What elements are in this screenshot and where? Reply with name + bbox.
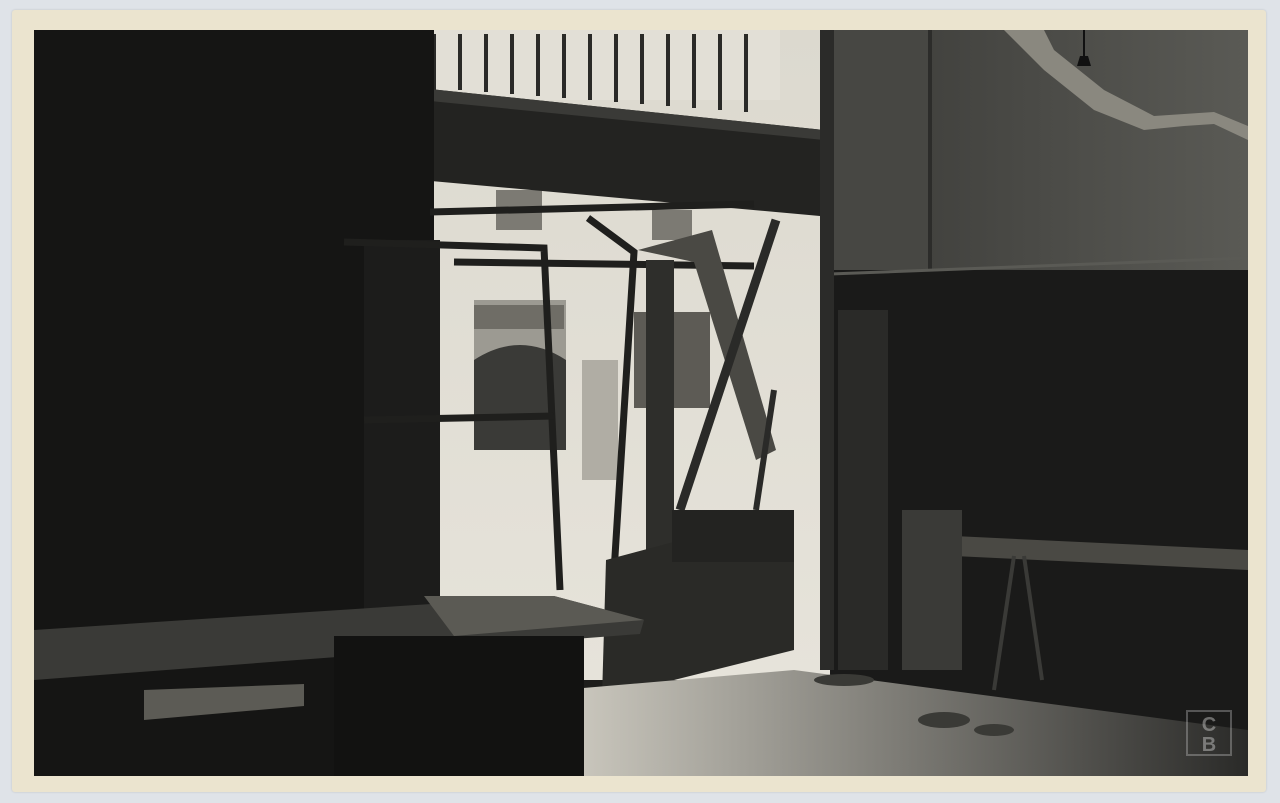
watermark-line-1: C bbox=[1188, 715, 1230, 735]
watermark: C B bbox=[1186, 710, 1232, 756]
photograph: C B bbox=[34, 30, 1248, 776]
photo-scene bbox=[34, 30, 1248, 776]
watermark-line-2: B bbox=[1188, 735, 1230, 755]
